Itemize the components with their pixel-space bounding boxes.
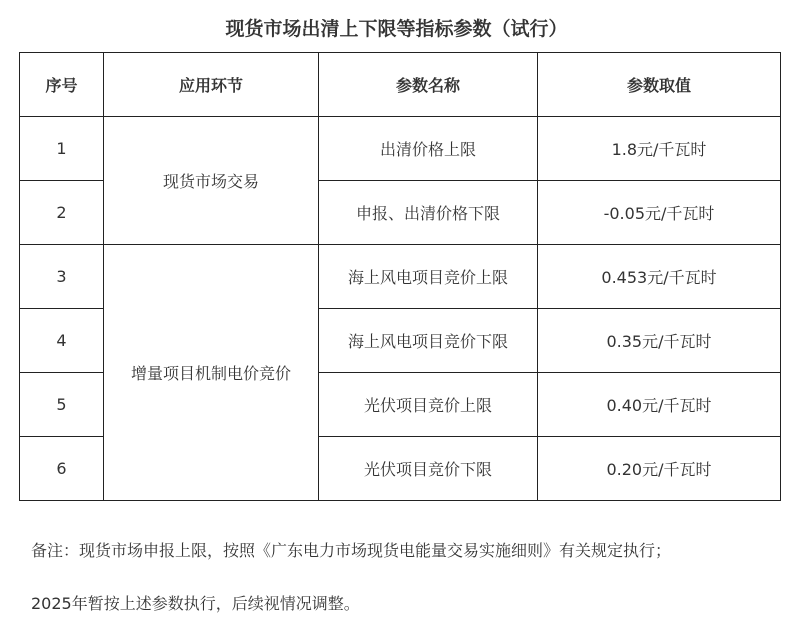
stage-cell: 现货市场交易: [104, 117, 319, 245]
parameter-value-cell: -0.05元/千瓦时: [538, 181, 781, 245]
parameter-name-cell: 光伏项目竞价上限: [319, 373, 538, 437]
table-row: 3 增量项目机制电价竞价 海上风电项目竞价上限 0.453元/千瓦时: [20, 245, 781, 309]
parameter-name-cell: 海上风电项目竞价下限: [319, 309, 538, 373]
serial-no-cell: 6: [20, 437, 104, 501]
parameter-value-cell: 0.40元/千瓦时: [538, 373, 781, 437]
serial-no-cell: 3: [20, 245, 104, 309]
parameter-name-cell: 申报、出清价格下限: [319, 181, 538, 245]
parameter-name-cell: 海上风电项目竞价上限: [319, 245, 538, 309]
page-title: 现货市场出清上下限等指标参数（试行）: [0, 14, 793, 41]
serial-no-cell: 5: [20, 373, 104, 437]
serial-no-cell: 2: [20, 181, 104, 245]
parameter-name-cell: 光伏项目竞价下限: [319, 437, 538, 501]
parameter-value-cell: 0.35元/千瓦时: [538, 309, 781, 373]
header-application-stage: 应用环节: [104, 53, 319, 117]
parameter-value-cell: 1.8元/千瓦时: [538, 117, 781, 181]
serial-no-cell: 1: [20, 117, 104, 181]
parameters-table: 序号 应用环节 参数名称 参数取值 1 现货市场交易 出清价格上限 1.8元/千…: [19, 52, 781, 501]
table-row: 1 现货市场交易 出清价格上限 1.8元/千瓦时: [20, 117, 781, 181]
table-header-row: 序号 应用环节 参数名称 参数取值: [20, 53, 781, 117]
parameter-value-cell: 0.453元/千瓦时: [538, 245, 781, 309]
parameter-value-cell: 0.20元/千瓦时: [538, 437, 781, 501]
header-serial-no: 序号: [20, 53, 104, 117]
parameter-name-cell: 出清价格上限: [319, 117, 538, 181]
serial-no-cell: 4: [20, 309, 104, 373]
header-parameter-name: 参数名称: [319, 53, 538, 117]
remark-note-continued: 2025年暂按上述参数执行，后续视情况调整。: [31, 591, 360, 614]
stage-cell: 增量项目机制电价竞价: [104, 245, 319, 501]
remark-note: 备注：现货市场申报上限，按照《广东电力市场现货电能量交易实施细则》有关规定执行；: [31, 538, 671, 561]
header-parameter-value: 参数取值: [538, 53, 781, 117]
